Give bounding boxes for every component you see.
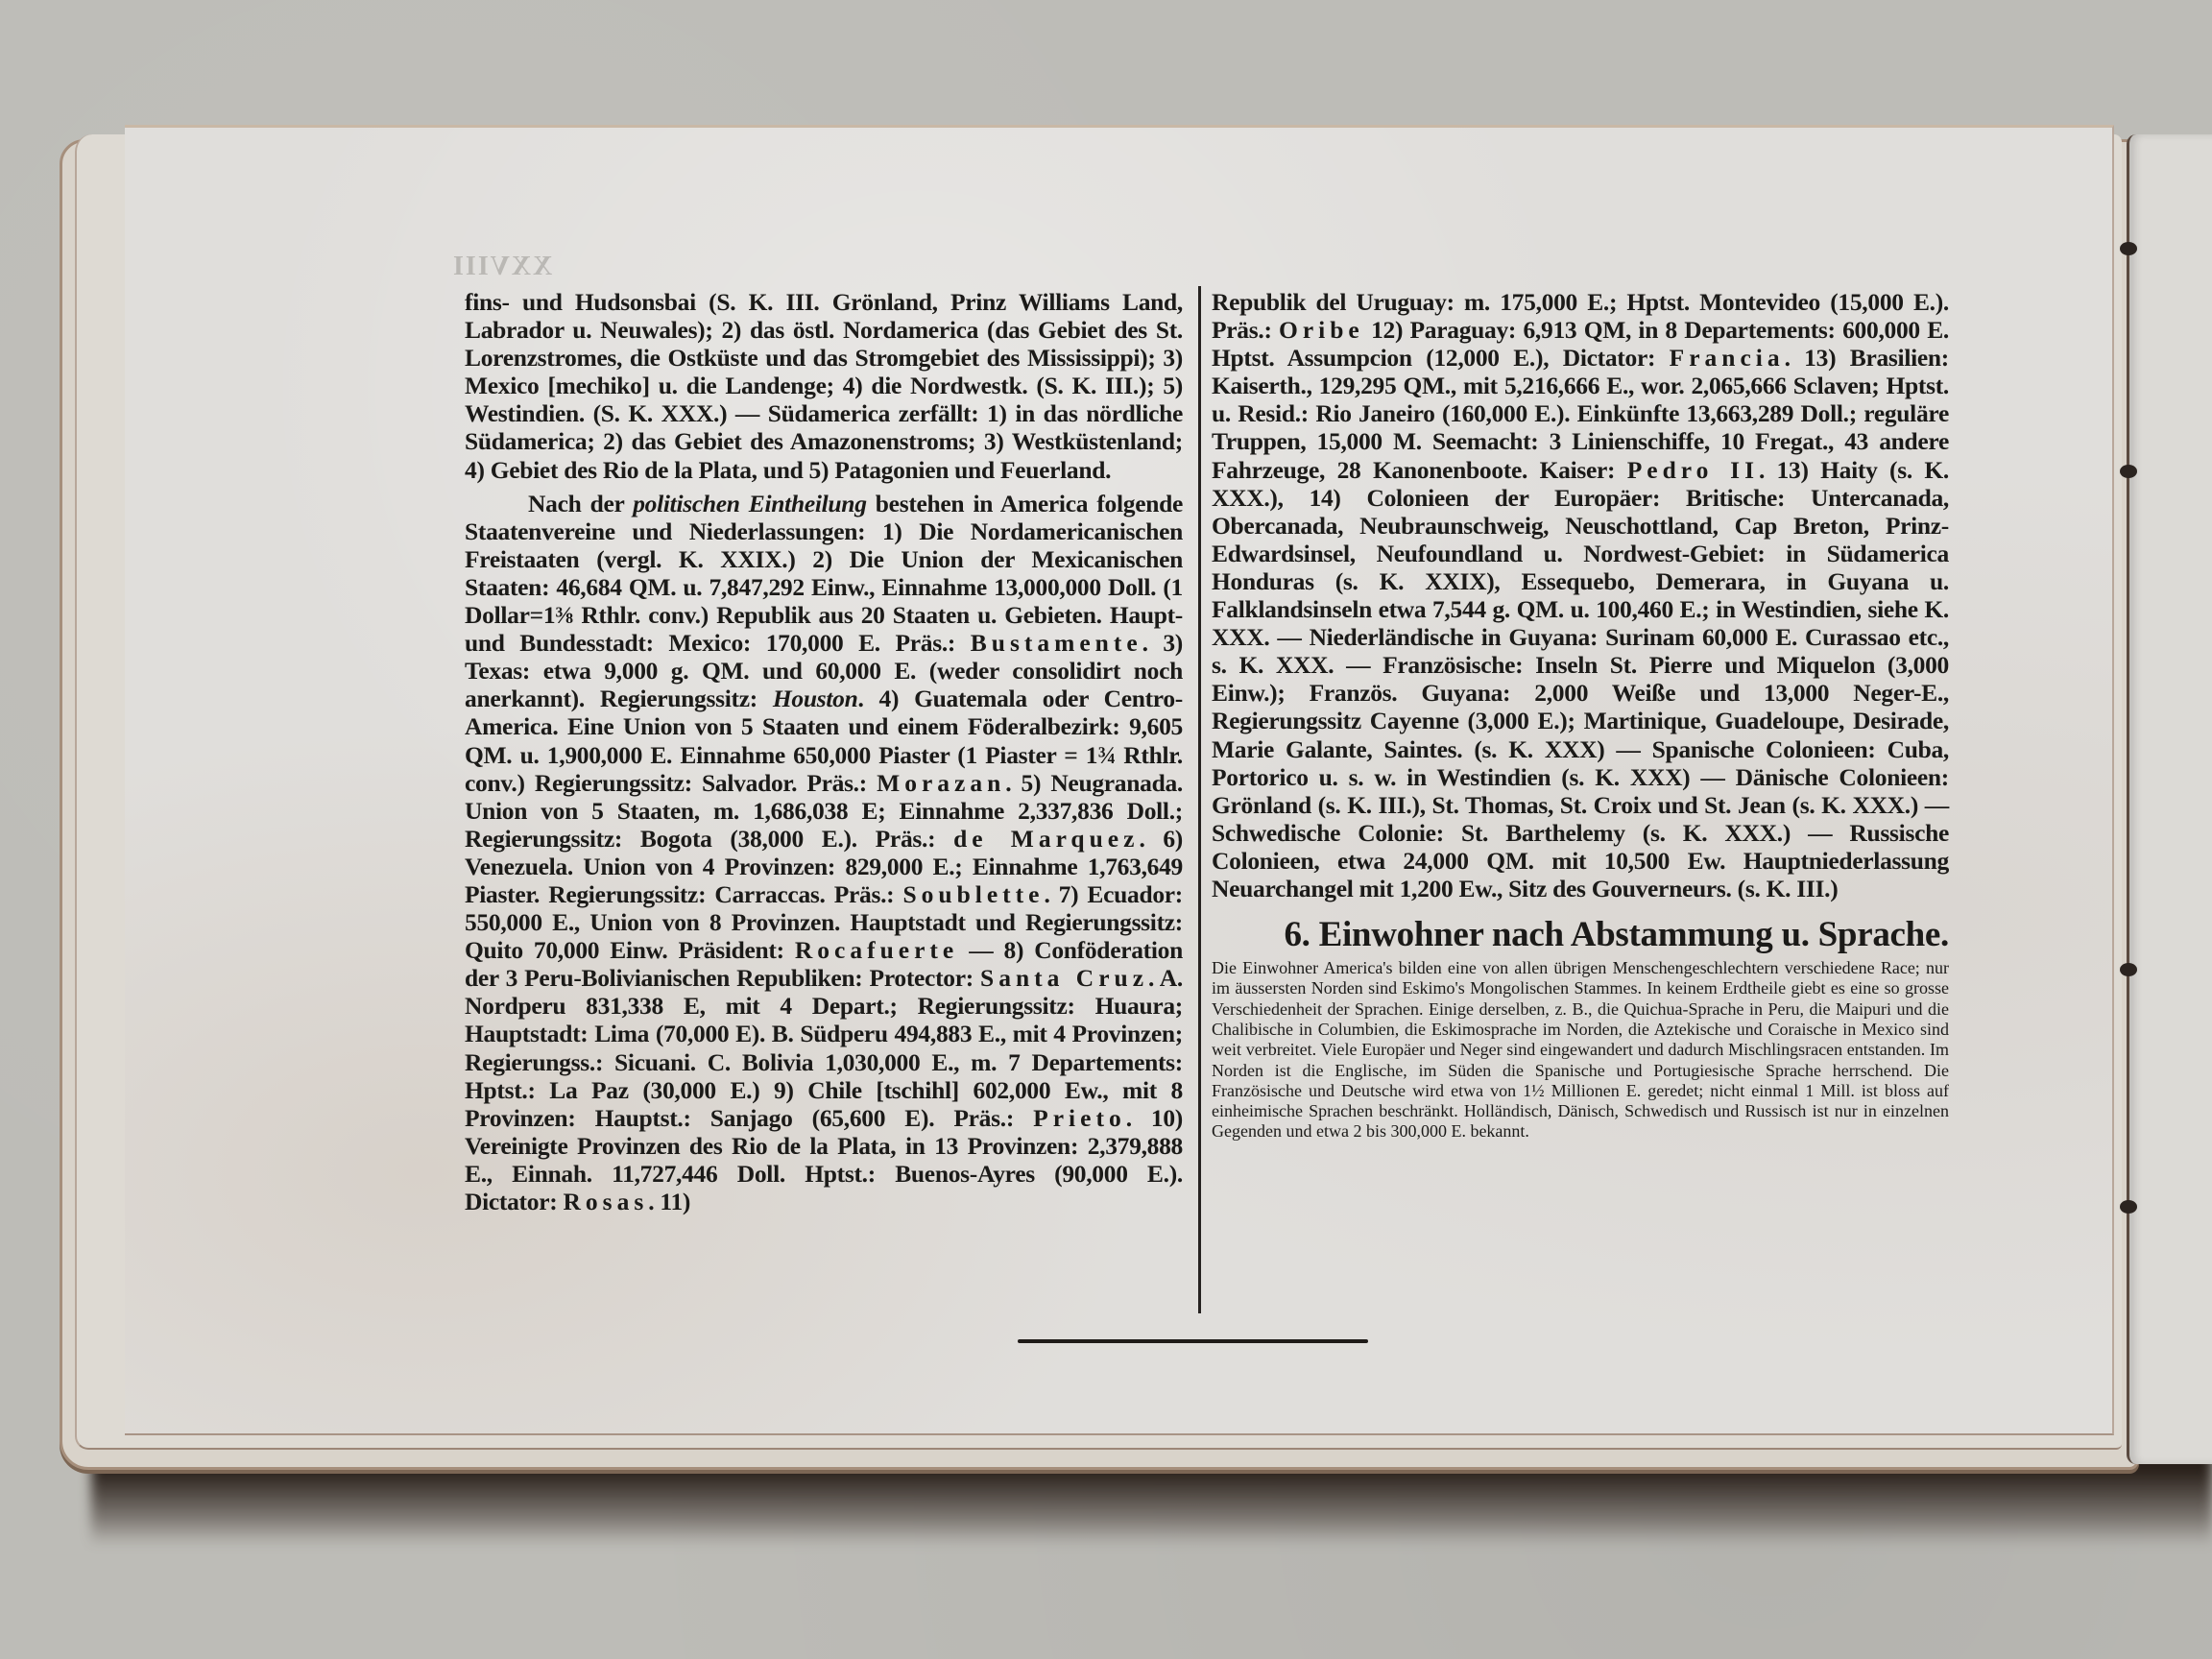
person-name: Bustamente: [971, 629, 1142, 657]
person-name: Pedro II: [1627, 456, 1759, 484]
person-name: Oribe: [1279, 316, 1364, 344]
italic-place: Houston: [773, 685, 858, 712]
binding-stitch: [2120, 1200, 2137, 1214]
end-rule: [1018, 1339, 1368, 1343]
facing-page-edge: [2127, 134, 2212, 1464]
paragraph-regions: fins- und Hudsonsbai (S. K. III. Grönlan…: [465, 288, 1183, 484]
left-text-column: fins- und Hudsonsbai (S. K. III. Grönlan…: [465, 288, 1183, 1215]
show-through-page-number: XXVIII: [451, 252, 552, 282]
person-name: Santa Cruz: [980, 964, 1148, 992]
column-divider: [1198, 286, 1201, 1313]
binding-stitch: [2120, 465, 2137, 478]
italic-term: politischen Eintheilung: [633, 490, 866, 517]
paragraph-political-division: Nach der politischen Eintheilung bestehe…: [465, 490, 1183, 1215]
binding-stitch: [2120, 242, 2137, 255]
section-body: Die Einwohner America's bilden eine von …: [1212, 958, 1949, 1142]
binding-stitch: [2120, 963, 2137, 976]
paragraph-states-colonies: Republik del Uruguay: m. 175,000 E.; Hpt…: [1212, 288, 1949, 902]
person-name: Soublette: [902, 880, 1044, 908]
person-name: Francia: [1670, 344, 1785, 372]
person-name: Rocafuerte: [795, 936, 958, 964]
person-name: de Marquez: [953, 825, 1139, 853]
section-heading: 6. Einwohner nach Abstammung u. Sprache.: [1212, 916, 1949, 954]
person-name: Rosas: [564, 1188, 649, 1215]
person-name: Morazan: [877, 769, 1005, 797]
right-text-column: Republik del Uruguay: m. 175,000 E.; Hpt…: [1212, 288, 1949, 1142]
person-name: Prieto: [1033, 1104, 1126, 1132]
